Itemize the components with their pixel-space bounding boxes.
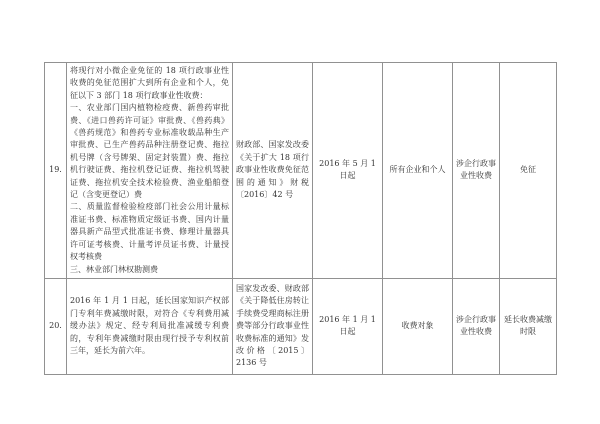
row-number-cell: 20.: [45, 278, 67, 374]
payer-cell: 收费对象: [383, 278, 453, 374]
description-cell: 将现行对小微企业免征的 18 项行政事业性收费的免征范围扩大到所有企业和个人，免…: [67, 63, 233, 279]
measure-cell: 免征: [500, 63, 557, 279]
description-paragraph: 三、林业部门林权勘测费: [70, 264, 229, 276]
row-number: 20.: [49, 321, 62, 330]
description-cell: 2016 年 1 月 1 日起，延长国家知识产权部门专利年费减缴时限，对符合《专…: [67, 278, 233, 374]
fee-category: 涉企行政事业性收费: [456, 315, 496, 336]
effective-date: 2016 年 5 月 1 日起: [319, 159, 376, 180]
row-number-cell: 19.: [45, 63, 67, 279]
payer: 收费对象: [402, 321, 434, 330]
legal-document-reference: 财政部、国家发改委《关于扩大 18 项行政事业性收费免征范围的通知》财税〔201…: [236, 140, 309, 199]
fee-category-cell: 涉企行政事业性收费: [453, 278, 500, 374]
table-row-20: 20. 2016 年 1 月 1 日起，延长国家知识产权部门专利年费减缴时限，对…: [45, 278, 557, 374]
fee-category: 涉企行政事业性收费: [456, 159, 496, 180]
legal-document-reference: 国家发改委、财政部《关于降低住房转让手续费受理商标注册费等部分行政事业性收费标准…: [236, 284, 309, 367]
effective-date-cell: 2016 年 5 月 1 日起: [313, 63, 383, 279]
description-paragraph: 二、质量监督检验检疫部门社会公用计量标准证书费、标准物质定级证书费、国内计量器具…: [70, 201, 229, 263]
measure-cell: 延长收费减缴时限: [500, 278, 557, 374]
measure: 免征: [520, 165, 536, 174]
payer: 所有企业和个人: [390, 165, 446, 174]
description-paragraph: 一、农业部门国内植物检疫费、新兽药审批费、《进口兽药许可证》审批费、《兽药典》《…: [70, 102, 229, 201]
fee-category-cell: 涉企行政事业性收费: [453, 63, 500, 279]
legal-document-cell: 国家发改委、财政部《关于降低住房转让手续费受理商标注册费等部分行政事业性收费标准…: [233, 278, 313, 374]
table-row-19: 19. 将现行对小微企业免征的 18 项行政事业性收费的免征范围扩大到所有企业和…: [45, 63, 557, 279]
fee-reduction-table: 19. 将现行对小微企业免征的 18 项行政事业性收费的免征范围扩大到所有企业和…: [44, 62, 557, 375]
description-paragraph: 将现行对小微企业免征的 18 项行政事业性收费的免征范围扩大到所有企业和个人，免…: [70, 65, 229, 102]
document-page: 19. 将现行对小微企业免征的 18 项行政事业性收费的免征范围扩大到所有企业和…: [0, 0, 600, 424]
measure: 延长收费减缴时限: [504, 315, 552, 336]
legal-document-cell: 财政部、国家发改委《关于扩大 18 项行政事业性收费免征范围的通知》财税〔201…: [233, 63, 313, 279]
payer-cell: 所有企业和个人: [383, 63, 453, 279]
effective-date-cell: 2016 年 1 月 1 日起: [313, 278, 383, 374]
description-paragraph: 2016 年 1 月 1 日起，延长国家知识产权部门专利年费减缴时限，对符合《专…: [70, 295, 229, 357]
effective-date: 2016 年 1 月 1 日起: [319, 315, 376, 336]
row-number: 19.: [49, 165, 62, 174]
